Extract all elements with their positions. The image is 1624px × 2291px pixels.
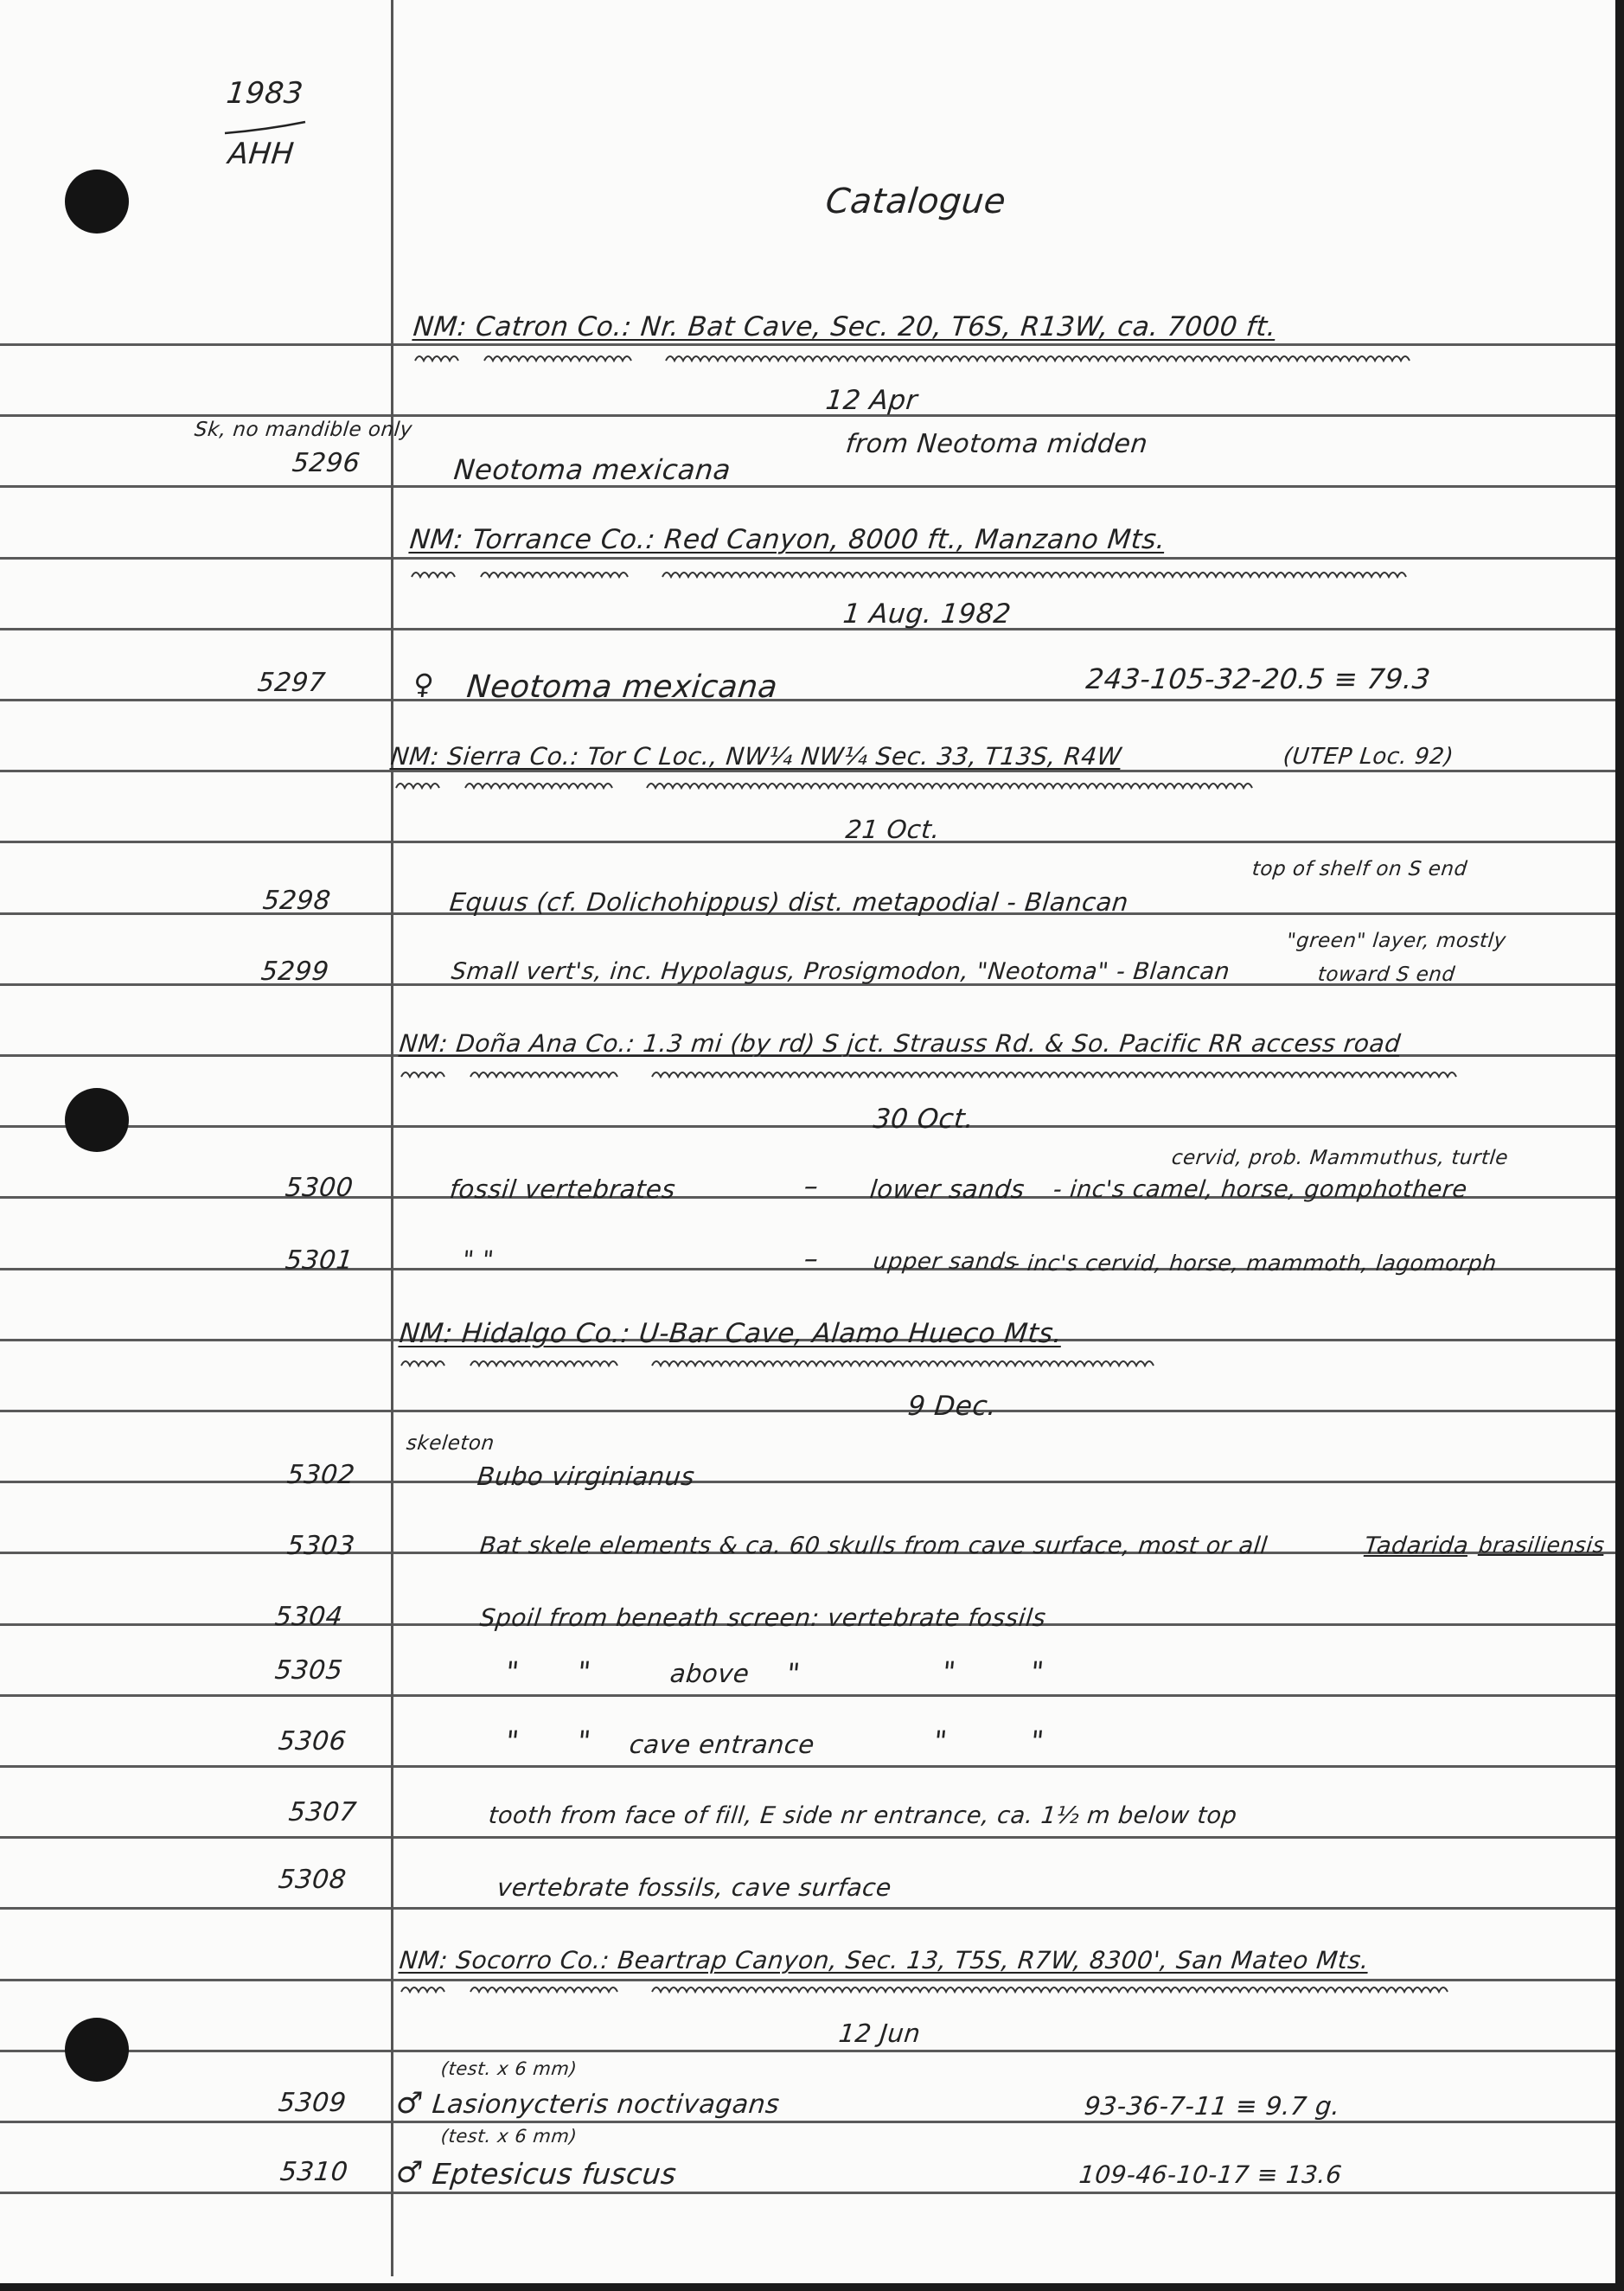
specimen-description: Bat skele elements & ca. 60 skulls from …	[478, 1533, 1269, 1559]
locality-heading: NM: Torrance Co.: Red Canyon, 8000 ft., …	[408, 524, 1167, 555]
specimen-description: Spoil from beneath screen: vertebrate fo…	[478, 1603, 1047, 1632]
sex-symbol-male: ♂	[394, 2086, 425, 2121]
catalogue-number: 5297	[256, 668, 327, 698]
fraction-bar	[223, 119, 310, 137]
ruled-line	[0, 343, 1615, 346]
locality-heading: NM: Doña Ana Co.: 1.3 mi (by rd) S jct. …	[398, 1029, 1402, 1058]
scan-edge	[1615, 0, 1624, 2291]
ditto-mark: "	[1029, 1725, 1045, 1757]
notebook-page: 1983 AHH Catalogue NM: Catron Co.: Nr. B…	[0, 0, 1615, 2283]
binder-hole	[65, 1088, 129, 1152]
specimen-note: from Neotoma midden	[844, 429, 1149, 459]
wavy-underline	[410, 571, 1413, 583]
catalogue-number: 5303	[285, 1531, 356, 1561]
locality-reference: (UTEP Loc. 92)	[1282, 744, 1455, 770]
year: 1983	[225, 76, 305, 111]
catalogue-number: 5305	[273, 1655, 344, 1686]
wavy-underline	[400, 1986, 1455, 1998]
catalogue-number: 5301	[284, 1245, 355, 1276]
collection-date: 30 Oct.	[872, 1104, 975, 1135]
ruled-line	[0, 485, 1615, 488]
specimen-detail: - inc's camel, horse, gomphothere	[1052, 1176, 1468, 1203]
ruled-line	[0, 1694, 1615, 1697]
measurements: 93-36-7-11 ≡ 9.7 g.	[1083, 2091, 1341, 2121]
ruled-line	[0, 2050, 1615, 2052]
initials: AHH	[227, 137, 296, 171]
catalogue-number: 5306	[277, 1726, 348, 1757]
ditto-marks: " "	[461, 1245, 496, 1274]
ditto-mark: "	[932, 1725, 949, 1757]
catalogue-number: 5296	[291, 448, 361, 478]
specimen-note: "green" layer, mostly	[1286, 930, 1507, 952]
ditto-mark: "	[504, 1655, 521, 1688]
species-name: brasiliensis	[1477, 1533, 1606, 1558]
catalogue-number: 5300	[284, 1173, 355, 1203]
stratigraphic-layer: lower sands	[868, 1174, 1026, 1204]
catalogue-number: 5299	[259, 957, 330, 987]
catalogue-number: 5310	[278, 2157, 349, 2187]
ruled-line	[0, 628, 1615, 630]
specimen-note: (test. x 6 mm)	[440, 2126, 579, 2147]
ruled-line	[0, 1907, 1615, 1910]
locality-heading: NM: Socorro Co.: Beartrap Canyon, Sec. 1…	[398, 1946, 1371, 1974]
specimen-detail: - inc's cervid, horse, mammoth, lagomorp…	[1010, 1251, 1498, 1276]
ruled-line	[0, 2192, 1615, 2194]
ruled-line	[0, 1481, 1615, 1483]
specimen-description: tooth from face of fill, E side nr entra…	[487, 1802, 1238, 1829]
ruled-line	[0, 841, 1615, 843]
wavy-underline	[400, 1071, 1463, 1083]
catalogue-number: 5308	[277, 1865, 348, 1895]
ditto-mark: "	[1029, 1655, 1045, 1688]
catalogue-number: 5304	[273, 1602, 344, 1632]
specimen-note: cervid, prob. Mammuthus, turtle	[1171, 1147, 1510, 1169]
specimen-description: Equus (cf. Dolichohippus) dist. metapodi…	[448, 887, 1129, 917]
ditto-mark: "	[576, 1655, 592, 1688]
specimen-note: (test. x 6 mm)	[440, 2058, 579, 2079]
catalogue-number: 5309	[277, 2088, 348, 2118]
sex-symbol-male: ♂	[394, 2155, 425, 2190]
ruled-line	[0, 557, 1615, 560]
ruled-line	[0, 699, 1615, 701]
specimen-note: toward S end	[1317, 963, 1456, 986]
ditto-mark: "	[785, 1657, 802, 1690]
scan-edge	[0, 2283, 1624, 2291]
wavy-underline	[400, 1360, 1160, 1372]
ruled-line	[0, 414, 1615, 417]
stratigraphic-layer: upper sands	[872, 1249, 1018, 1275]
collection-date: 9 Dec.	[906, 1391, 998, 1422]
margin-note: skeleton	[406, 1432, 496, 1455]
ruled-line	[0, 1836, 1615, 1839]
specimen-description: Small vert's, inc. Hypolagus, Prosigmodo…	[450, 958, 1231, 985]
specimen-name: Neotoma mexicana	[465, 669, 779, 705]
locality-heading: NM: Sierra Co.: Tor C Loc., NW¼ NW¼ Sec.…	[389, 742, 1122, 771]
collection-date: 1 Aug. 1982	[841, 598, 1013, 630]
specimen-name: Bubo virginianus	[476, 1462, 696, 1491]
collection-date: 12 Apr	[824, 385, 919, 416]
wavy-underline	[413, 355, 1416, 367]
specimen-name: Neotoma mexicana	[452, 453, 732, 486]
catalogue-number: 5298	[261, 886, 332, 916]
page-title: Catalogue	[824, 182, 1008, 221]
ruled-line	[0, 1765, 1615, 1768]
specimen-description: fossil vertebrates	[448, 1174, 677, 1204]
measurements: 109-46-10-17 ≡ 13.6	[1077, 2160, 1343, 2189]
collection-date: 12 Jun	[837, 2019, 922, 2048]
ruled-line	[0, 2121, 1615, 2123]
specimen-note: top of shelf on S end	[1251, 858, 1468, 880]
collection-date: 21 Oct.	[844, 815, 942, 844]
margin-line	[391, 0, 393, 2276]
ruled-line	[0, 1125, 1615, 1128]
specimen-description: cave entrance	[628, 1730, 815, 1759]
catalogue-number: 5302	[285, 1460, 356, 1490]
measurements: 243-105-32-20.5 ≡ 79.3	[1084, 662, 1432, 695]
ruled-line	[0, 1410, 1615, 1412]
catalogue-number: 5307	[287, 1797, 358, 1827]
specimen-description: above	[668, 1659, 751, 1688]
specimen-description: vertebrate fossils, cave surface	[496, 1873, 892, 1902]
sex-symbol-female: ♀	[412, 668, 436, 701]
specimen-name: Lasionycteris noctivagans	[431, 2089, 781, 2120]
wavy-underline	[394, 782, 1259, 794]
ditto-mark: "	[576, 1725, 592, 1757]
binder-hole	[65, 2018, 129, 2082]
margin-note: Sk, no mandible only	[194, 419, 413, 441]
locality-heading: NM: Hidalgo Co.: U-Bar Cave, Alamo Hueco…	[398, 1318, 1064, 1349]
ruled-line	[0, 1979, 1615, 1981]
ditto-mark: "	[941, 1655, 957, 1688]
binder-hole	[65, 170, 129, 234]
genus-name: Tadarida	[1363, 1533, 1469, 1559]
ditto-mark: "	[504, 1725, 521, 1757]
specimen-name: Eptesicus fuscus	[431, 2157, 678, 2191]
locality-heading: NM: Catron Co.: Nr. Bat Cave, Sec. 20, T…	[412, 311, 1278, 342]
